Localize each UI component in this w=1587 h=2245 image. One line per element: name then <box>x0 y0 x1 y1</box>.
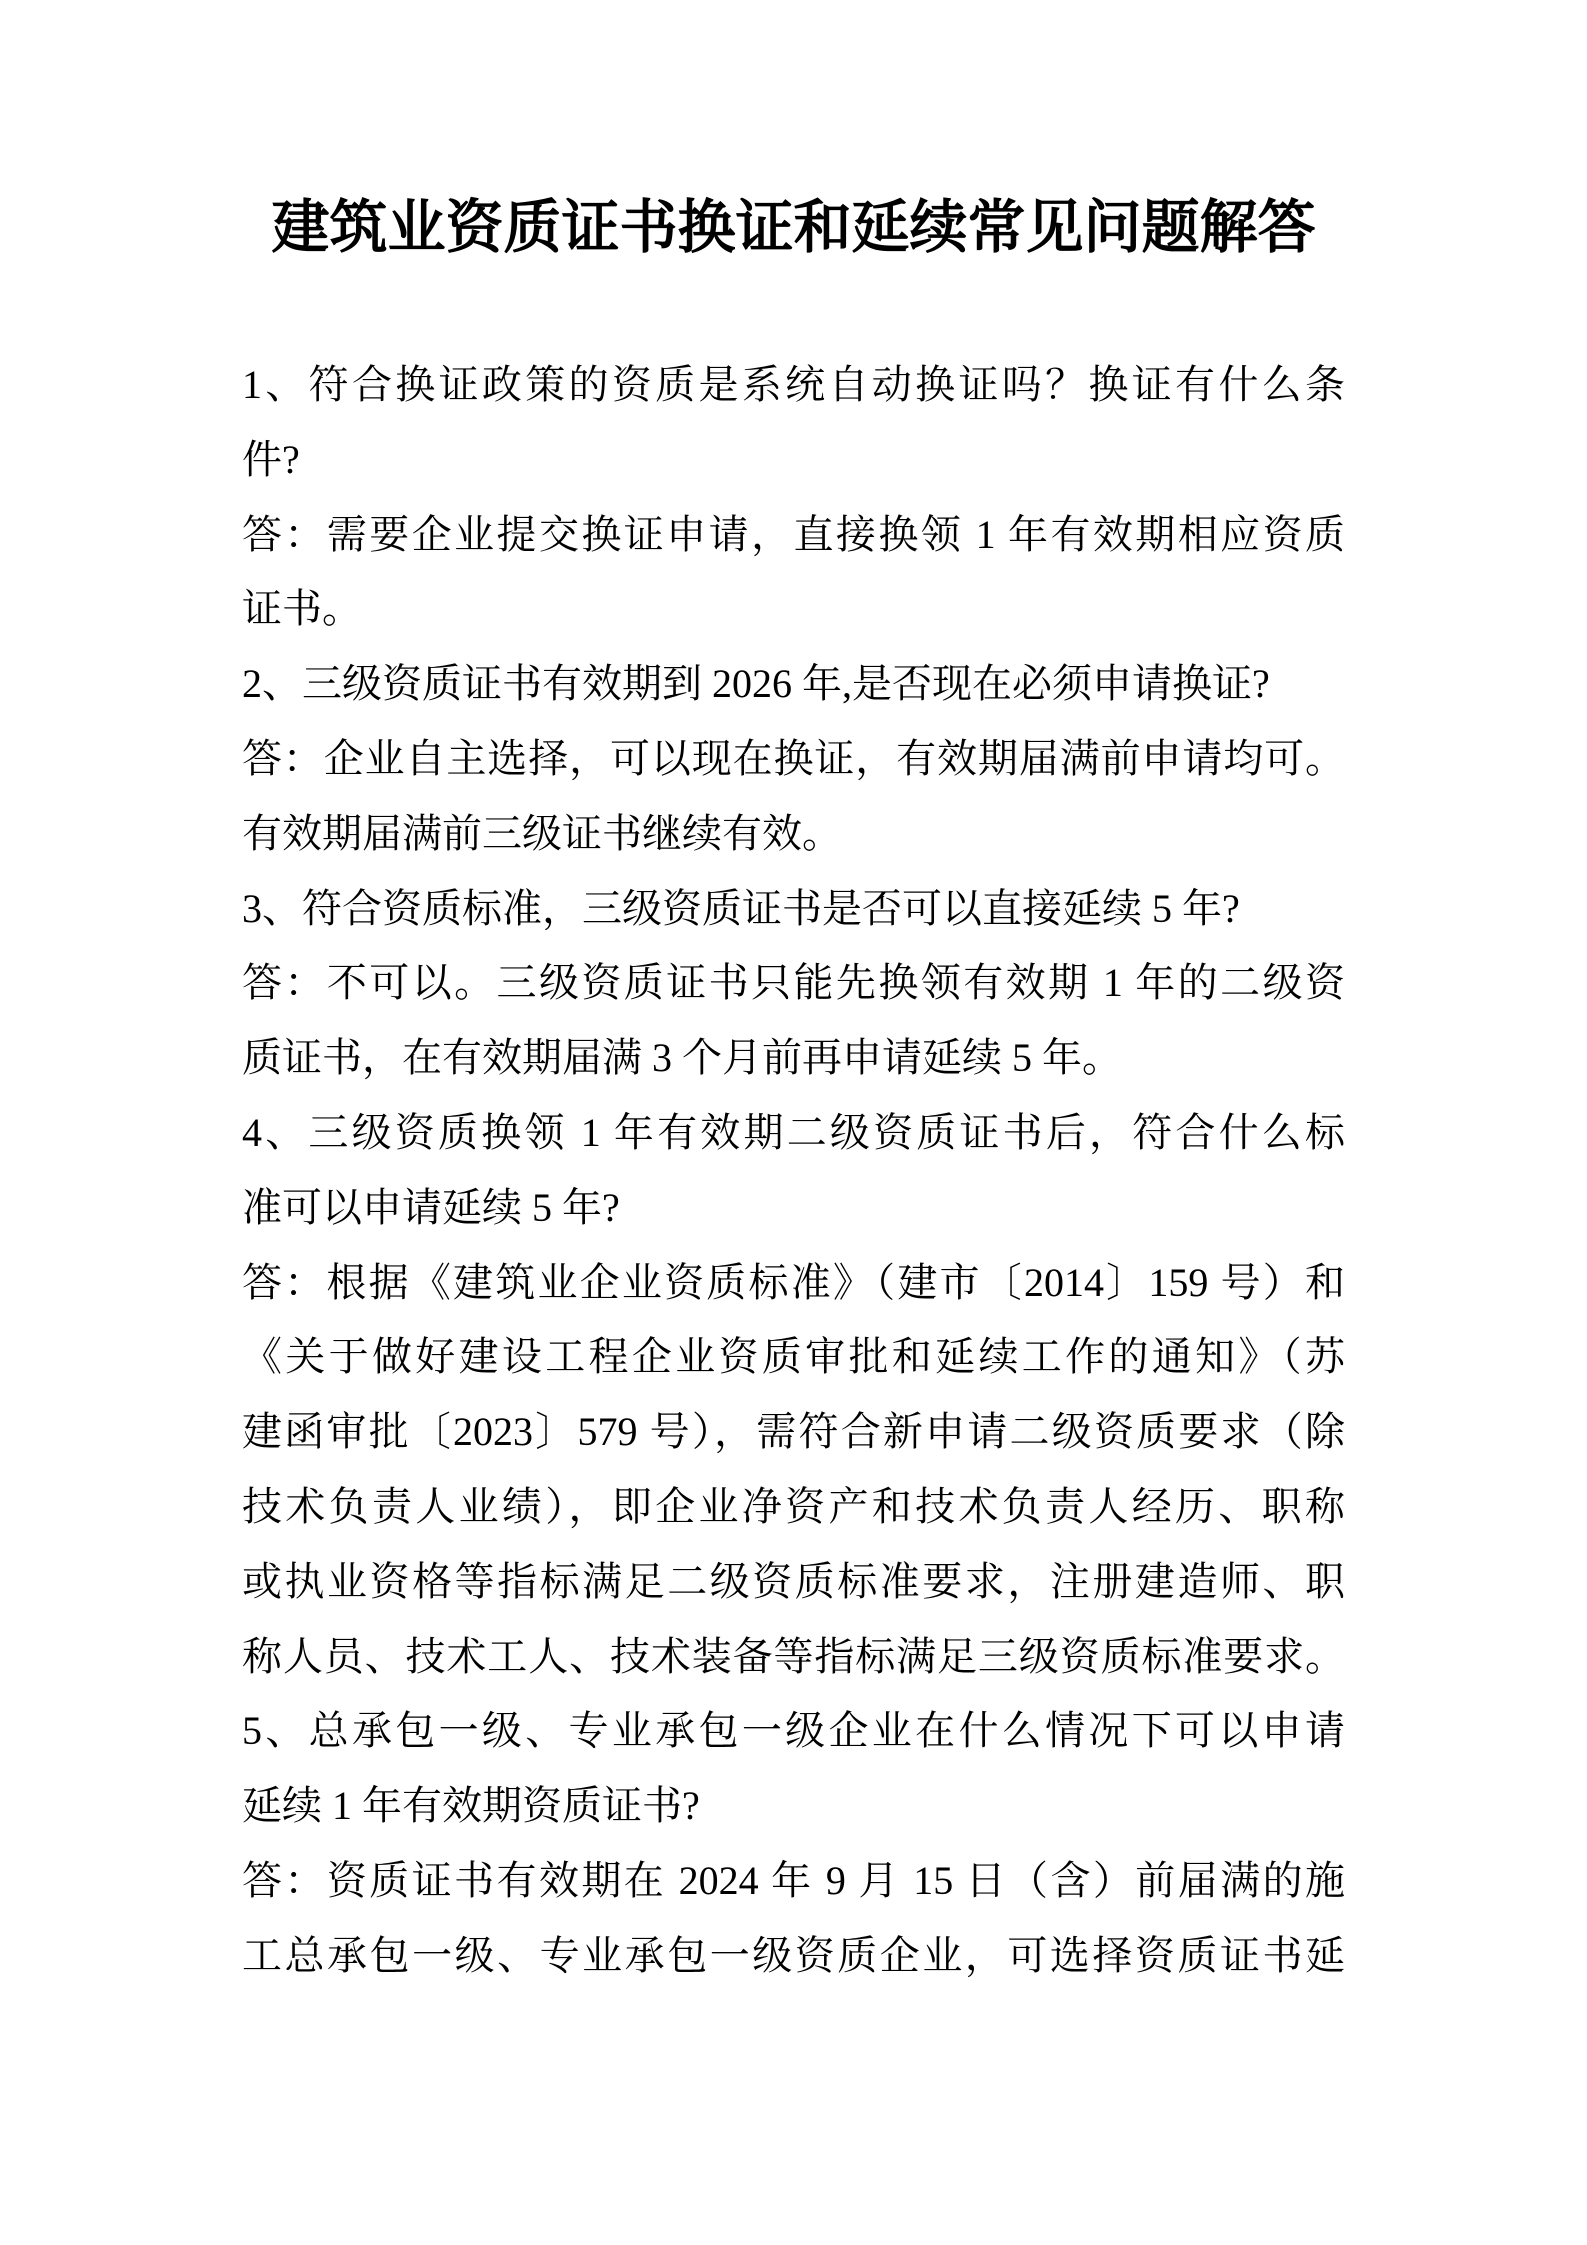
text-line: 或执业资格等指标满足二级资质标准要求，注册建造师、职 <box>242 1545 1345 1620</box>
text-line: 件? <box>242 423 1345 498</box>
document-page: 建筑业资质证书换证和延续常见问题解答 1、符合换证政策的资质是系统自动换证吗？换… <box>0 0 1587 2245</box>
text-line: 答：需要企业提交换证申请，直接换领 1 年有效期相应资质 <box>242 498 1345 573</box>
text-line: 技术负责人业绩），即企业净资产和技术负责人经历、职称 <box>242 1470 1345 1545</box>
text-line: 有效期届满前三级证书继续有效。 <box>242 797 1345 872</box>
text-line: 4、三级资质换领 1 年有效期二级资质证书后，符合什么标 <box>242 1096 1345 1171</box>
document-title: 建筑业资质证书换证和延续常见问题解答 <box>242 185 1345 270</box>
text-line: 工总承包一级、专业承包一级资质企业，可选择资质证书延 <box>242 1919 1345 1994</box>
text-line: 质证书，在有效期届满 3 个月前再申请延续 5 年。 <box>242 1021 1345 1096</box>
text-line: 2、三级资质证书有效期到 2026 年,是否现在必须申请换证? <box>242 647 1345 722</box>
text-line: 建函审批〔2023〕579 号），需符合新申请二级资质要求（除 <box>242 1395 1345 1470</box>
text-line: 1、符合换证政策的资质是系统自动换证吗？换证有什么条 <box>242 348 1345 423</box>
text-line: 5、总承包一级、专业承包一级企业在什么情况下可以申请 <box>242 1694 1345 1769</box>
text-line: 答：根据《建筑业企业资质标准》（建市〔2014〕159 号）和 <box>242 1246 1345 1321</box>
text-line: 延续 1 年有效期资质证书? <box>242 1769 1345 1844</box>
text-line: 答：企业自主选择，可以现在换证，有效期届满前申请均可。 <box>242 722 1345 797</box>
text-line: 证书。 <box>242 572 1345 647</box>
text-line: 称人员、技术工人、技术装备等指标满足三级资质标准要求。 <box>242 1620 1345 1695</box>
text-line: 《关于做好建设工程企业资质审批和延续工作的通知》（苏 <box>242 1320 1345 1395</box>
text-line: 答：不可以。三级资质证书只能先换领有效期 1 年的二级资 <box>242 946 1345 1021</box>
text-line: 答：资质证书有效期在 2024 年 9 月 15 日（含）前届满的施 <box>242 1844 1345 1919</box>
text-line: 准可以申请延续 5 年? <box>242 1171 1345 1246</box>
document-body: 1、符合换证政策的资质是系统自动换证吗？换证有什么条件?答：需要企业提交换证申请… <box>242 348 1345 1994</box>
text-line: 3、符合资质标准，三级资质证书是否可以直接延续 5 年? <box>242 872 1345 947</box>
